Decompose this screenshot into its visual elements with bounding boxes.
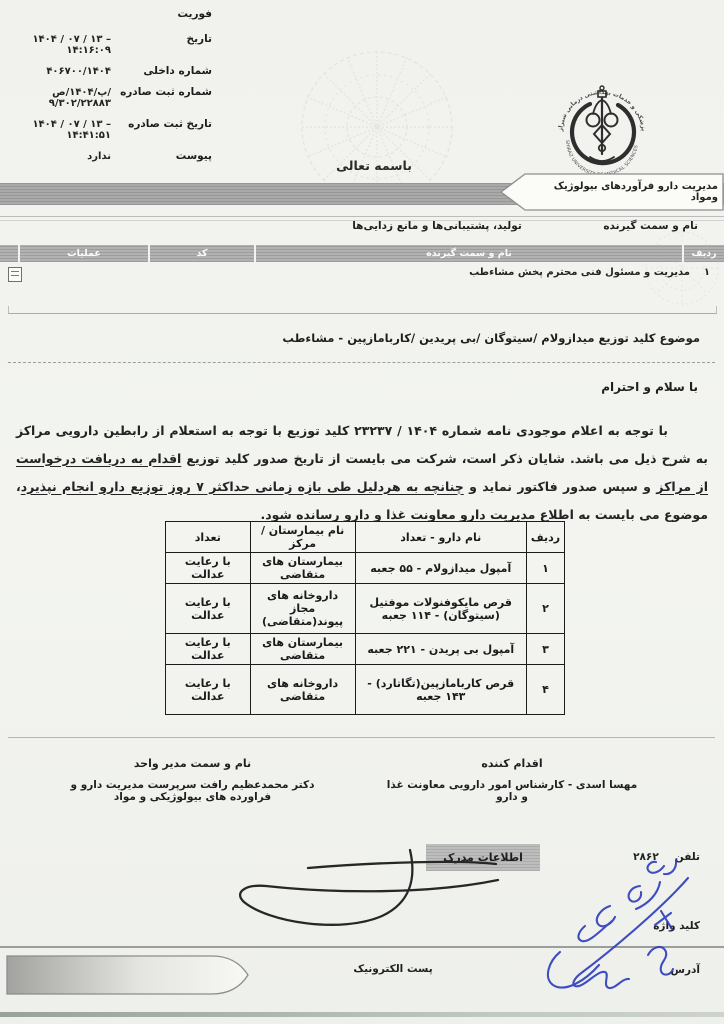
recipient-section-label: نام و سمت گیرنده (603, 220, 698, 232)
manager-name: دکتر محمدعظیم رافت سرپرست مدیریت دارو و … (50, 779, 335, 803)
meta-value: ۱۴۰۴ / ۰۷ / ۱۳ – ۱۴:۱۶:۰۹ (14, 34, 111, 56)
meta-value: ۴۰۶۷۰۰/۱۴۰۴ (14, 66, 111, 77)
table-cell: آمپول بی پریدن - ۲۲۱ جعبه (355, 634, 527, 665)
recipient-table-header: عملیات کد نام و سمت گیرنده ردیف (0, 245, 724, 262)
code-column-header: کد (150, 245, 254, 262)
address-ribbon-shape (6, 950, 254, 1000)
actor-signature-block: اقدام کننده مهسا اسدی - کارشناس امور دار… (382, 757, 642, 803)
divider (8, 362, 715, 363)
table-row: ۲قرص مایکوفنولات موفتیل (سیتوگان) - ۱۱۴ … (166, 584, 565, 634)
meta-value: ص/۱۴۰۴/پ/۹/۳۰۲/۲۲۸۸۳ (14, 87, 111, 109)
meta-row: ۴۰۶۷۰۰/۱۴۰۴شماره داخلی (14, 65, 212, 77)
email-label: پست الکترونیک (327, 963, 459, 975)
drug-table-column-header: ردیف (527, 522, 565, 553)
salutation: با سلام و احترام (601, 380, 698, 394)
drug-table-column-header: نام بیمارستان / مرکز (250, 522, 355, 553)
meta-row: ۱۴۰۴ / ۰۷ / ۱۳ – ۱۴:۱۶:۰۹تاریخ (14, 33, 212, 56)
manager-signature-scribble (225, 840, 510, 940)
table-cell: با رعایت عدالت (166, 584, 251, 634)
underlined-text: چنانچه به هردلیل طی بازه زمانی حداکثر ۷ … (21, 479, 464, 494)
table-cell: داروخانه های مجاز پیوند(متقاضی) (250, 584, 355, 634)
letter-metadata: فوریت ۱۴۰۴ / ۰۷ / ۱۳ – ۱۴:۱۶:۰۹تاریخ۴۰۶۷… (14, 8, 212, 171)
recipient-table-row: ۱ مدیریت و مسئول فنی محترم پخش مشاءطب (0, 265, 724, 285)
meta-row: ۱۴۰۴ / ۰۷ / ۱۳ – ۱۴:۴۱:۵۱تاریخ ثبت صادره (14, 118, 212, 141)
table-cell: ۳ (527, 634, 565, 665)
table-row: ۴قرص کاربامازپین(تگاتارد) - ۱۴۳ جعبهدارو… (166, 665, 565, 715)
table-cell: با رعایت عدالت (166, 665, 251, 715)
drug-table-header-row: ردیفنام دارو - تعدادنام بیمارستان / مرکز… (166, 522, 565, 553)
table-row: ۳آمپول بی پریدن - ۲۲۱ جعبهبیمارستان های … (166, 634, 565, 665)
table-cell: داروخانه های متقاضی (250, 665, 355, 715)
table-cell: ۴ (527, 665, 565, 715)
actor-label: اقدام کننده (382, 757, 642, 770)
actions-column-header: عملیات (20, 245, 148, 262)
corner-cell (0, 245, 18, 262)
drug-distribution-table: ردیفنام دارو - تعدادنام بیمارستان / مرکز… (165, 521, 565, 715)
table-cell: قرص کاربامازپین(تگاتارد) - ۱۴۳ جعبه (355, 665, 527, 715)
drug-table-column-header: نام دارو - تعداد (355, 522, 527, 553)
manager-label: نام و سمت مدیر واحد (50, 757, 335, 770)
document-icon[interactable] (8, 267, 22, 282)
table-cell: بیمارستان های متقاضی (250, 553, 355, 584)
scanned-letter-page: فوریت ۱۴۰۴ / ۰۷ / ۱۳ – ۱۴:۱۶:۰۹تاریخ۴۰۶۷… (0, 0, 724, 1024)
divider (8, 737, 715, 738)
table-cell: ۲ (527, 584, 565, 634)
subject-line: موضوع کلید توزیع میدازولام /سیتوگان /بی … (282, 331, 700, 345)
meta-label: تاریخ ثبت صادره (116, 118, 212, 130)
letter-number: ۲۳۲۳۷ / ۱۴۰۴ (354, 423, 437, 438)
recipient-row-index: ۱ (704, 267, 710, 278)
table-cell: با رعایت عدالت (166, 634, 251, 665)
table-row: ۱آمپول میدازولام - ۵۵ جعبهبیمارستان های … (166, 553, 565, 584)
year-slogan: تولید، پشتیبانی‌ها و مانع زدایی‌ها (348, 220, 526, 232)
recipient-name: مدیریت و مسئول فنی محترم پخش مشاءطب (469, 267, 690, 278)
meta-label: شماره ثبت صادره (116, 86, 212, 98)
drug-table-column-header: تعداد (166, 522, 251, 553)
table-cell: بیمارستان های متقاضی (250, 634, 355, 665)
row-column-header: ردیف (684, 245, 724, 262)
recipient-table-bottom-border (8, 306, 717, 314)
table-cell: آمپول میدازولام - ۵۵ جعبه (355, 553, 527, 584)
table-cell: ۱ (527, 553, 565, 584)
besmellah-text: باسمه تعالی (300, 158, 448, 173)
meta-label: پیوست (116, 150, 212, 162)
meta-row: نداردپیوست (14, 150, 212, 162)
meta-label: شماره داخلی (116, 65, 212, 77)
meta-row: فوریت (14, 8, 212, 20)
department-title: مدیریت دارو فرآوردهای بیولوژیک ومواد (528, 171, 718, 213)
urgency-label: فوریت (116, 8, 212, 20)
body-text: و سپس صدور فاکتور نماید و (464, 479, 657, 494)
recipient-name-column-header: نام و سمت گیرنده (256, 245, 682, 262)
handwritten-blue-note (545, 850, 705, 1010)
meta-label: تاریخ (116, 33, 212, 45)
letter-body: با توجه به اعلام موجودی نامه شماره ۲۳۲۳۷… (16, 417, 708, 529)
table-cell: با رعایت عدالت (166, 553, 251, 584)
meta-value: ندارد (14, 151, 111, 162)
meta-row: ص/۱۴۰۴/پ/۹/۳۰۲/۲۲۸۸۳شماره ثبت صادره (14, 86, 212, 109)
body-text: با توجه به اعلام موجودی نامه شماره (437, 423, 668, 438)
actor-name: مهسا اسدی - کارشناس امور دارویی معاونت غ… (382, 779, 642, 803)
manager-signature-block: نام و سمت مدیر واحد دکتر محمدعظیم رافت س… (50, 757, 335, 803)
scan-edge (0, 1012, 724, 1017)
table-cell: قرص مایکوفنولات موفتیل (سیتوگان) - ۱۱۴ ج… (355, 584, 527, 634)
meta-value: ۱۴۰۴ / ۰۷ / ۱۳ – ۱۴:۴۱:۵۱ (14, 119, 111, 141)
